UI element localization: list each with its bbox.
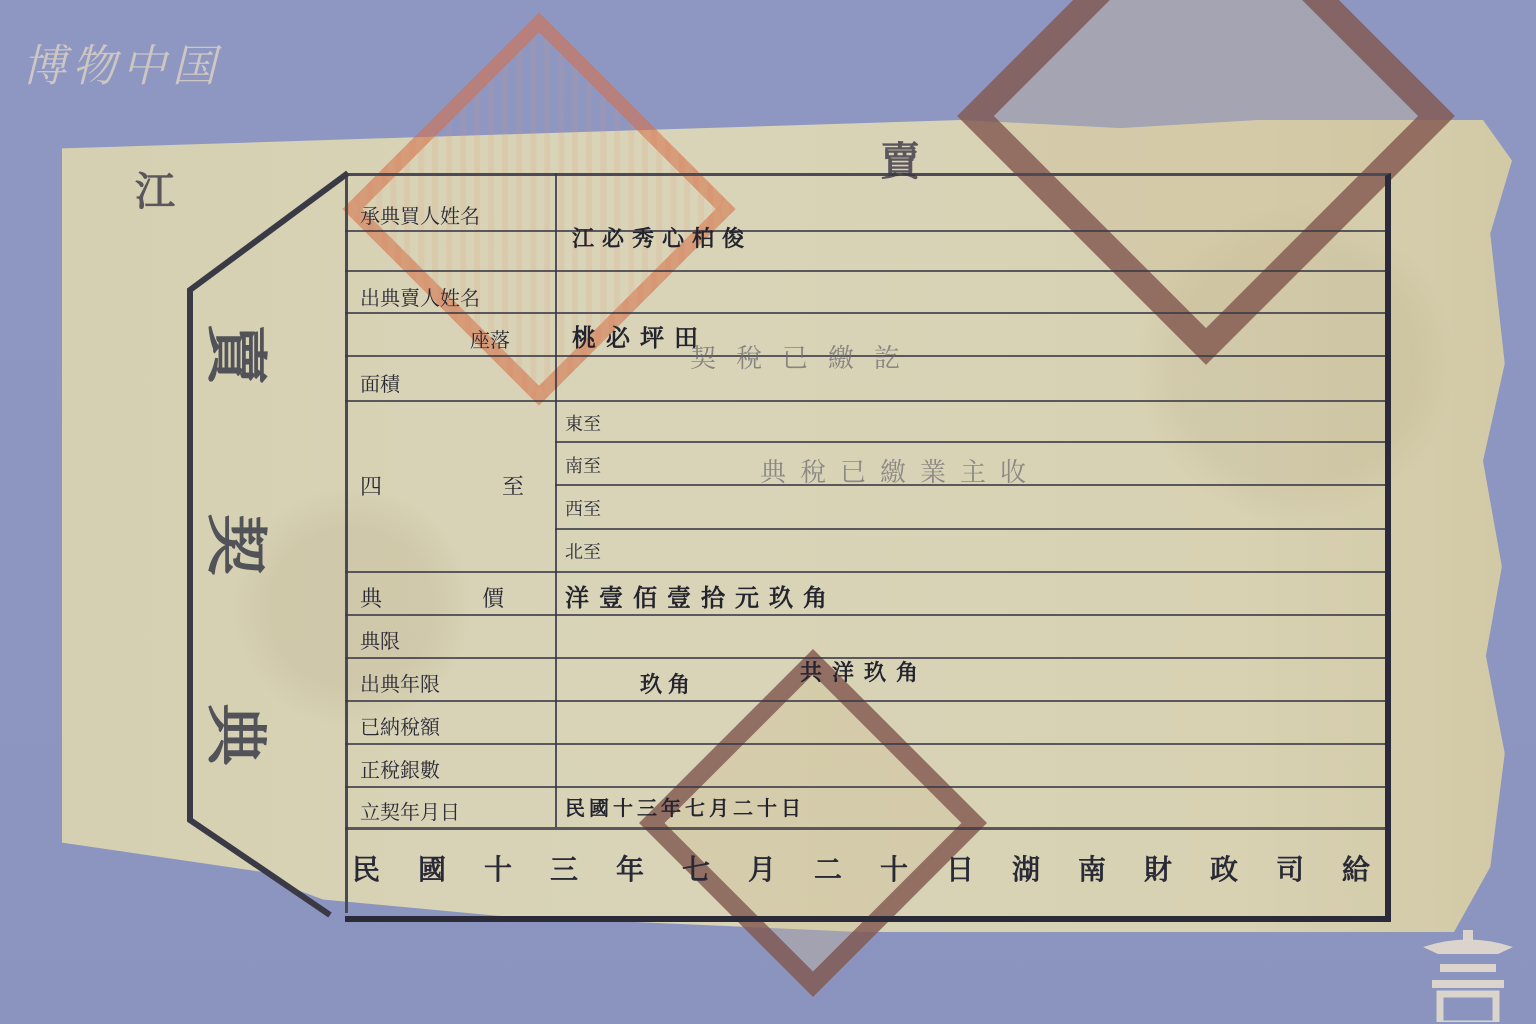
form-label-location: 座落 xyxy=(470,324,510,353)
value-contract-date: 民國十三年七月二十日 xyxy=(565,792,805,821)
form-label-tax-paid: 已納稅額 xyxy=(360,711,440,740)
row-line xyxy=(345,230,1385,232)
form-label-buyer: 承典買人姓名 xyxy=(360,200,480,229)
row-line xyxy=(345,312,1385,314)
form-label-area: 面積 xyxy=(360,368,400,397)
title-char: 賣 xyxy=(197,323,286,385)
stamped-note-2: 典稅已繳業主收 xyxy=(760,452,1040,489)
form-label-date: 立契年月日 xyxy=(360,796,460,825)
value-price: 洋壹佰壹拾元玖角 xyxy=(565,578,837,613)
value-location: 桃必坪田 xyxy=(572,318,708,353)
row-line xyxy=(555,528,1385,530)
boundary-east: 東至 xyxy=(565,410,601,436)
value-tax-amount: 共洋玖角 xyxy=(800,656,928,687)
form-label-seller: 出典賣人姓名 xyxy=(360,282,480,311)
row-line xyxy=(345,614,1385,616)
watermark: 博物中国 xyxy=(22,30,222,94)
row-line xyxy=(345,270,1385,272)
boundary-west: 西至 xyxy=(565,495,601,521)
boundary-south: 南至 xyxy=(565,452,601,478)
form-label-term: 典限 xyxy=(360,625,400,654)
title-char: 契 xyxy=(197,513,286,575)
pavilion-logo-icon xyxy=(1418,912,1518,1022)
row-line xyxy=(345,700,1385,702)
margin-char: 江 xyxy=(135,168,175,215)
value-buyer-name: 江必秀心柏俊 xyxy=(572,222,752,253)
form-label-years: 出典年限 xyxy=(360,668,440,697)
stamped-note-1: 契稅已繳訖 xyxy=(690,338,920,375)
form-frame xyxy=(345,173,1391,922)
row-line xyxy=(345,786,1385,788)
form-label-boundaries: 四至 xyxy=(360,470,644,501)
row-line xyxy=(345,400,1385,402)
top-right-margin-char: 賣 xyxy=(880,130,920,187)
top-margin-text: 江 xyxy=(135,160,175,217)
row-line xyxy=(345,827,1385,830)
form-label-tax-amount: 正稅銀數 xyxy=(360,754,440,783)
row-line xyxy=(345,571,1385,573)
value-tax-paid: 玖角 xyxy=(640,668,696,699)
boundary-north: 北至 xyxy=(565,538,601,564)
row-line xyxy=(345,743,1385,745)
title-char: 典 xyxy=(197,703,286,765)
row-line xyxy=(555,441,1385,443)
issuer-line: 民國十三年七月二十日湖南財政司給 xyxy=(352,848,1408,888)
